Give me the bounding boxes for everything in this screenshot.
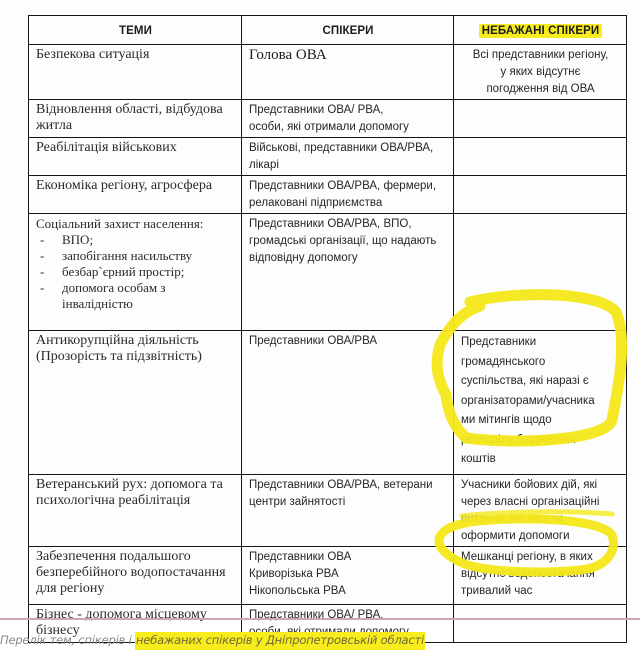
unwanted-cell — [454, 605, 627, 643]
unwanted-line: відсутнє водопостачання — [461, 566, 620, 583]
topic-subitem: допомога особам з інвалідністю — [40, 280, 235, 312]
table-row: Реабілітація військових Військові, предс… — [29, 138, 627, 176]
table-row: Економіка регіону, агросфера Представник… — [29, 176, 627, 214]
speaker-line: Представники ОВА/РВА, ветерани — [249, 477, 447, 494]
unwanted-line: Всі представники регіону, — [461, 47, 620, 64]
topic-cell: Антикорупційна діяльність (Прозорість та… — [29, 331, 242, 475]
speakers-cell: Військові, представники ОВА/РВА, лікарі — [242, 138, 454, 176]
unwanted-cell: Всі представники регіону, у яких відсутн… — [454, 45, 627, 100]
speaker-line: Представники ОВА/РВА, ВПО, — [249, 216, 447, 233]
speaker-line: лікарі — [249, 157, 447, 174]
unwanted-line: через власні організаційні — [461, 494, 620, 511]
unwanted-cell — [454, 214, 627, 331]
speaker-line: Представники ОВА/РВА — [249, 333, 447, 350]
speaker-line: Нікопольська РВА — [249, 583, 447, 600]
unwanted-line: оформити допомоги — [461, 528, 620, 545]
unwanted-line: погодження від ОВА — [461, 81, 620, 98]
header-speakers-label: СПІКЕРИ — [322, 25, 373, 37]
unwanted-line: Представники — [461, 333, 620, 353]
topic-cell: Економіка регіону, агросфера — [29, 176, 242, 214]
unwanted-line: Учасники бойових дій, які — [461, 477, 620, 494]
header-unwanted-speakers: НЕБАЖАНІ СПІКЕРИ — [454, 16, 627, 45]
topic-subitem: ВПО; — [40, 232, 235, 248]
speaker-line: Військові, представники ОВА/РВА, — [249, 140, 447, 157]
caption-highlighted-text: небажаних спікерів у Дніпропетровській о… — [135, 632, 425, 650]
header-unwanted-label: НЕБАЖАНІ СПІКЕРИ — [479, 24, 603, 38]
speakers-cell: Голова ОВА — [242, 45, 454, 100]
table-row: Відновлення області, відбудова житла Пре… — [29, 100, 627, 138]
topic-heading: Соціальний захист населення: — [36, 216, 235, 232]
topic-subitem: безбар`єрний простір; — [40, 264, 235, 280]
speaker-line: Голова ОВА — [249, 47, 447, 64]
table-row: Безпекова ситуація Голова ОВА Всі предст… — [29, 45, 627, 100]
speaker-line: релаковані підприємства — [249, 195, 447, 212]
speakers-table: ТЕМИ СПІКЕРИ НЕБАЖАНІ СПІКЕРИ Безпекова … — [28, 15, 627, 643]
unwanted-cell — [454, 138, 627, 176]
topic-cell: Відновлення області, відбудова житла — [29, 100, 242, 138]
speaker-line: громадські організації, що надають — [249, 233, 447, 250]
section-divider — [0, 618, 640, 620]
speakers-cell: Представники ОВА/РВА, ветерани центри за… — [242, 475, 454, 547]
topic-subitems: ВПО; запобігання насильству безбар`єрний… — [36, 232, 235, 312]
speaker-line: відповідну допомогу — [249, 250, 447, 267]
speakers-cell: Представники ОВА/ РВА, особи, які отрима… — [242, 100, 454, 138]
header-topics: ТЕМИ — [29, 16, 242, 45]
topic-subitem: запобігання насильству — [40, 248, 235, 264]
unwanted-line: тривалий час — [461, 583, 620, 600]
speakers-cell: Представники ОВА/РВА, ВПО, громадські ор… — [242, 214, 454, 331]
table-row: Забезпечення подальшого безперебійного в… — [29, 547, 627, 605]
table-row: Соціальний захист населення: ВПО; запобі… — [29, 214, 627, 331]
speaker-line: центри зайнятості — [249, 494, 447, 511]
unwanted-cell: Мешканці регіону, в яких відсутнє водопо… — [454, 547, 627, 605]
speakers-cell: Представники ОВА/РВА, фермери, релакован… — [242, 176, 454, 214]
unwanted-line: громадянського — [461, 353, 620, 373]
header-topics-label: ТЕМИ — [119, 25, 152, 37]
unwanted-line: коштів — [461, 450, 620, 470]
document-scan: ТЕМИ СПІКЕРИ НЕБАЖАНІ СПІКЕРИ Безпекова … — [0, 0, 640, 614]
header-speakers: СПІКЕРИ — [242, 16, 454, 45]
unwanted-line: у яких відсутнє — [461, 64, 620, 81]
topic-cell: Реабілітація військових — [29, 138, 242, 176]
unwanted-cell: Представники громадянського суспільства,… — [454, 331, 627, 475]
unwanted-line: Мешканці регіону, в яких — [461, 549, 620, 566]
topic-cell: Безпекова ситуація — [29, 45, 242, 100]
topic-cell: Соціальний захист населення: ВПО; запобі… — [29, 214, 242, 331]
caption-text: Перелік тем, спікерів і — [0, 633, 135, 647]
unwanted-line: організаторами/учасника — [461, 392, 620, 412]
speakers-cell: Представники ОВА Криворізька РВА Нікопол… — [242, 547, 454, 605]
unwanted-line: питання, не змогли — [461, 511, 620, 528]
unwanted-cell: Учасники бойових дій, які через власні о… — [454, 475, 627, 547]
speaker-line: Представники ОВА/ РВА, — [249, 607, 447, 624]
unwanted-cell — [454, 100, 627, 138]
speaker-line: особи, які отримали допомогу — [249, 119, 447, 136]
unwanted-cell — [454, 176, 627, 214]
speaker-line: Криворізька РВА — [249, 566, 447, 583]
speakers-cell: Представники ОВА/РВА — [242, 331, 454, 475]
table-row: Ветеранський рух: допомога та психологіч… — [29, 475, 627, 547]
image-caption: Перелік тем, спікерів і небажаних спікер… — [0, 633, 425, 647]
unwanted-line: суспільства, які наразі є — [461, 372, 620, 392]
table-header-row: ТЕМИ СПІКЕРИ НЕБАЖАНІ СПІКЕРИ — [29, 16, 627, 45]
unwanted-line: ми мітингів щодо — [461, 411, 620, 431]
unwanted-line: розподілу бюджетних — [461, 431, 620, 451]
speaker-line: Представники ОВА/РВА, фермери, — [249, 178, 447, 195]
topic-cell: Забезпечення подальшого безперебійного в… — [29, 547, 242, 605]
speaker-line: Представники ОВА/ РВА, — [249, 102, 447, 119]
speaker-line: Представники ОВА — [249, 549, 447, 566]
topic-cell: Ветеранський рух: допомога та психологіч… — [29, 475, 242, 547]
table-row: Антикорупційна діяльність (Прозорість та… — [29, 331, 627, 475]
